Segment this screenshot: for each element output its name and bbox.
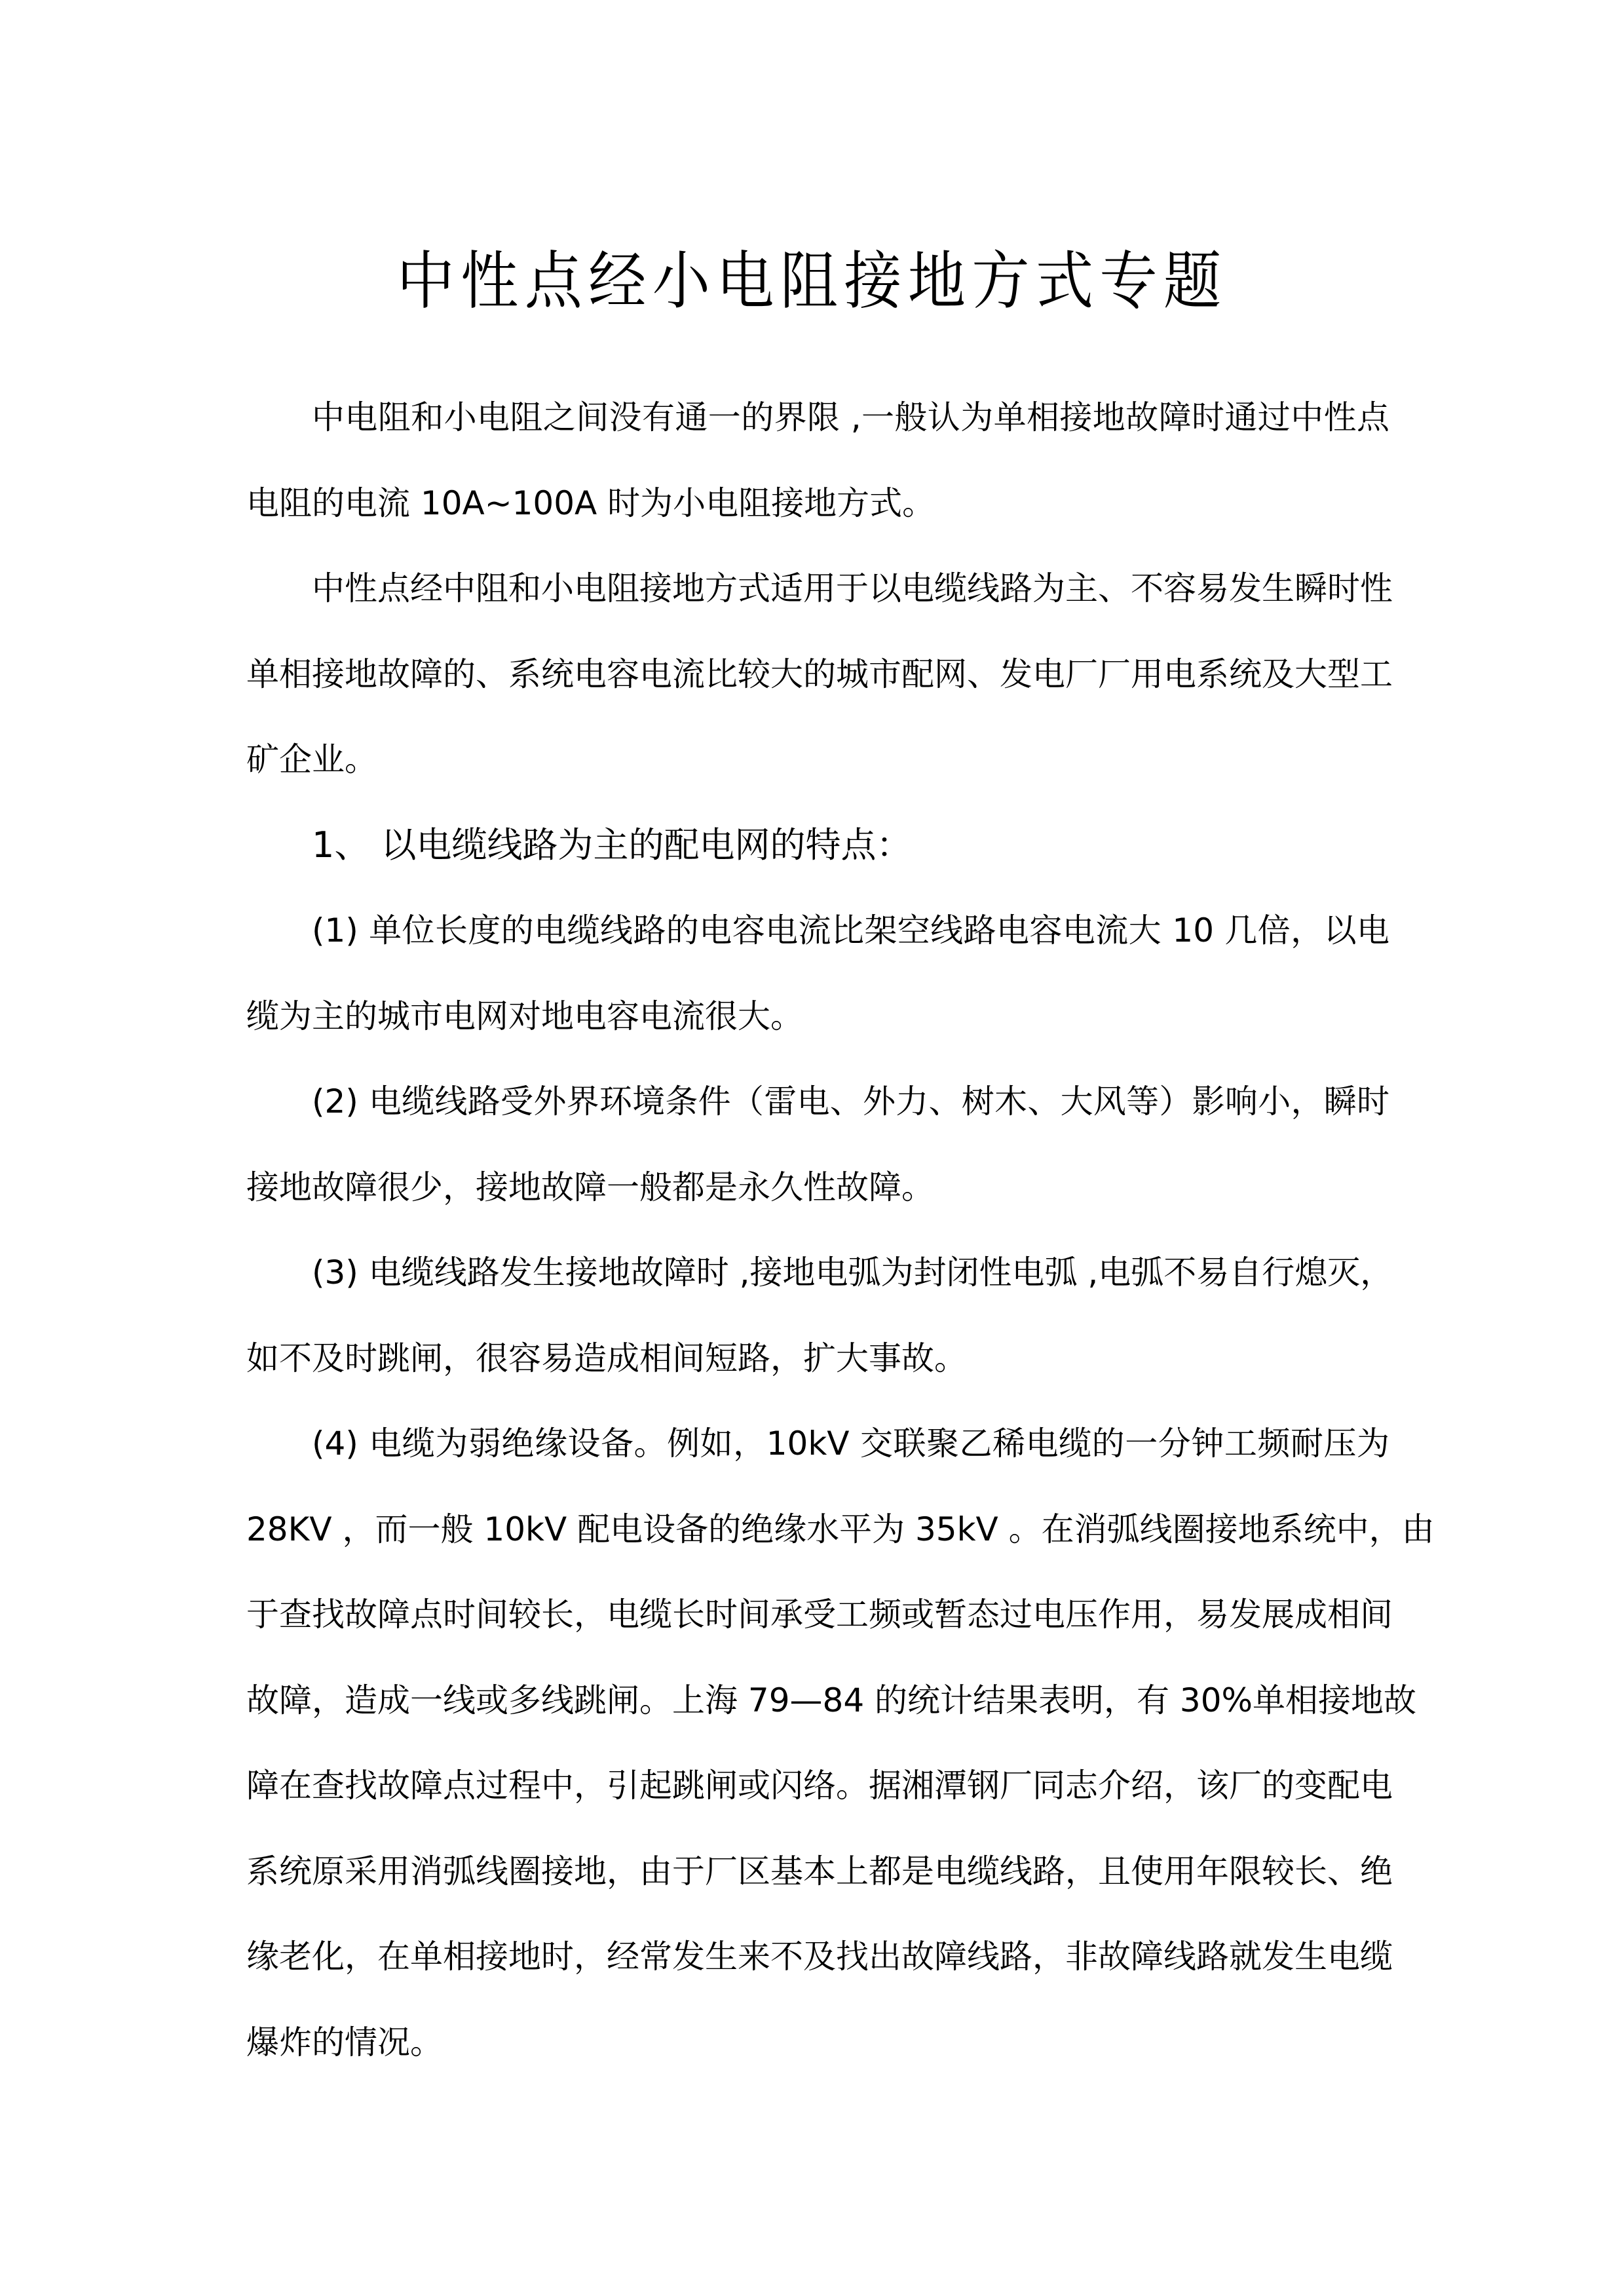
text-line: 接地故障很少，接地故障一般都是永久性故障。 (246, 1145, 1389, 1231)
text-line: 缘老化，在单相接地时，经常发生来不及找出故障线路，非故障线路就发生电缆 (246, 1914, 1389, 2000)
text-line: (3) 电缆线路发生接地故障时 ,接地电弧为封闭性电弧 ,电弧不易自行熄灭， (246, 1230, 1389, 1316)
paragraph-application: 中性点经中阻和小电阻接地方式适用于以电缆线路为主、不容易发生瞬时性 单相接地故障… (246, 546, 1389, 803)
section-heading: 1、 以电缆线路为主的配电网的特点： (246, 803, 1389, 889)
text-line: 中性点经中阻和小电阻接地方式适用于以电缆线路为主、不容易发生瞬时性 (246, 546, 1389, 632)
text-line: 28KV ，而一般 10kV 配电设备的绝缘水平为 35kV 。在消弧线圈接地系… (246, 1487, 1389, 1573)
paragraph-definition: 中电阻和小电阻之间没有通一的界限 ,一般认为单相接地故障时通过中性点 电阻的电流… (246, 375, 1389, 546)
text-line: 故障，造成一线或多线跳闸。上海 79—84 的统计结果表明，有 30%单相接地故 (246, 1658, 1389, 1744)
text-line: 缆为主的城市电网对地电容电流很大。 (246, 974, 1389, 1060)
document-body: 中电阻和小电阻之间没有通一的界限 ,一般认为单相接地故障时通过中性点 电阻的电流… (246, 375, 1389, 2085)
document-page: 中性点经小电阻接地方式专题 中电阻和小电阻之间没有通一的界限 ,一般认为单相接地… (0, 0, 1624, 2296)
list-item-2: (2) 电缆线路受外界环境条件（雷电、外力、树木、大风等）影响小，瞬时 接地故障… (246, 1059, 1389, 1230)
text-line: 障在查找故障点过程中，引起跳闸或闪络。据湘潭钢厂同志介绍，该厂的变配电 (246, 1743, 1389, 1829)
list-item-3: (3) 电缆线路发生接地故障时 ,接地电弧为封闭性电弧 ,电弧不易自行熄灭， 如… (246, 1230, 1389, 1401)
text-line: 如不及时跳闸，很容易造成相间短路，扩大事故。 (246, 1316, 1389, 1402)
text-line: (4) 电缆为弱绝缘设备。例如，10kV 交联聚乙稀电缆的一分钟工频耐压为 (246, 1401, 1389, 1487)
text-line: (1) 单位长度的电缆线路的电容电流比架空线路电容电流大 10 几倍，以电 (246, 888, 1389, 974)
document-title: 中性点经小电阻接地方式专题 (65, 239, 1559, 324)
text-line: 电阻的电流 10A~100A 时为小电阻接地方式。 (246, 461, 1389, 546)
text-line: 系统原采用消弧线圈接地，由于厂区基本上都是电缆线路，且使用年限较长、绝 (246, 1829, 1389, 1915)
text-line: 单相接地故障的、系统电容电流比较大的城市配网、发电厂厂用电系统及大型工 (246, 632, 1389, 717)
text-line: 中电阻和小电阻之间没有通一的界限 ,一般认为单相接地故障时通过中性点 (246, 375, 1389, 461)
text-line: (2) 电缆线路受外界环境条件（雷电、外力、树木、大风等）影响小，瞬时 (246, 1059, 1389, 1145)
text-line: 爆炸的情况。 (246, 2000, 1389, 2086)
text-line: 矿企业。 (246, 717, 1389, 803)
text-line: 于查找故障点时间较长，电缆长时间承受工频或暂态过电压作用，易发展成相间 (246, 1572, 1389, 1658)
list-item-1: (1) 单位长度的电缆线路的电容电流比架空线路电容电流大 10 几倍，以电 缆为… (246, 888, 1389, 1059)
list-item-4: (4) 电缆为弱绝缘设备。例如，10kV 交联聚乙稀电缆的一分钟工频耐压为 28… (246, 1401, 1389, 2085)
